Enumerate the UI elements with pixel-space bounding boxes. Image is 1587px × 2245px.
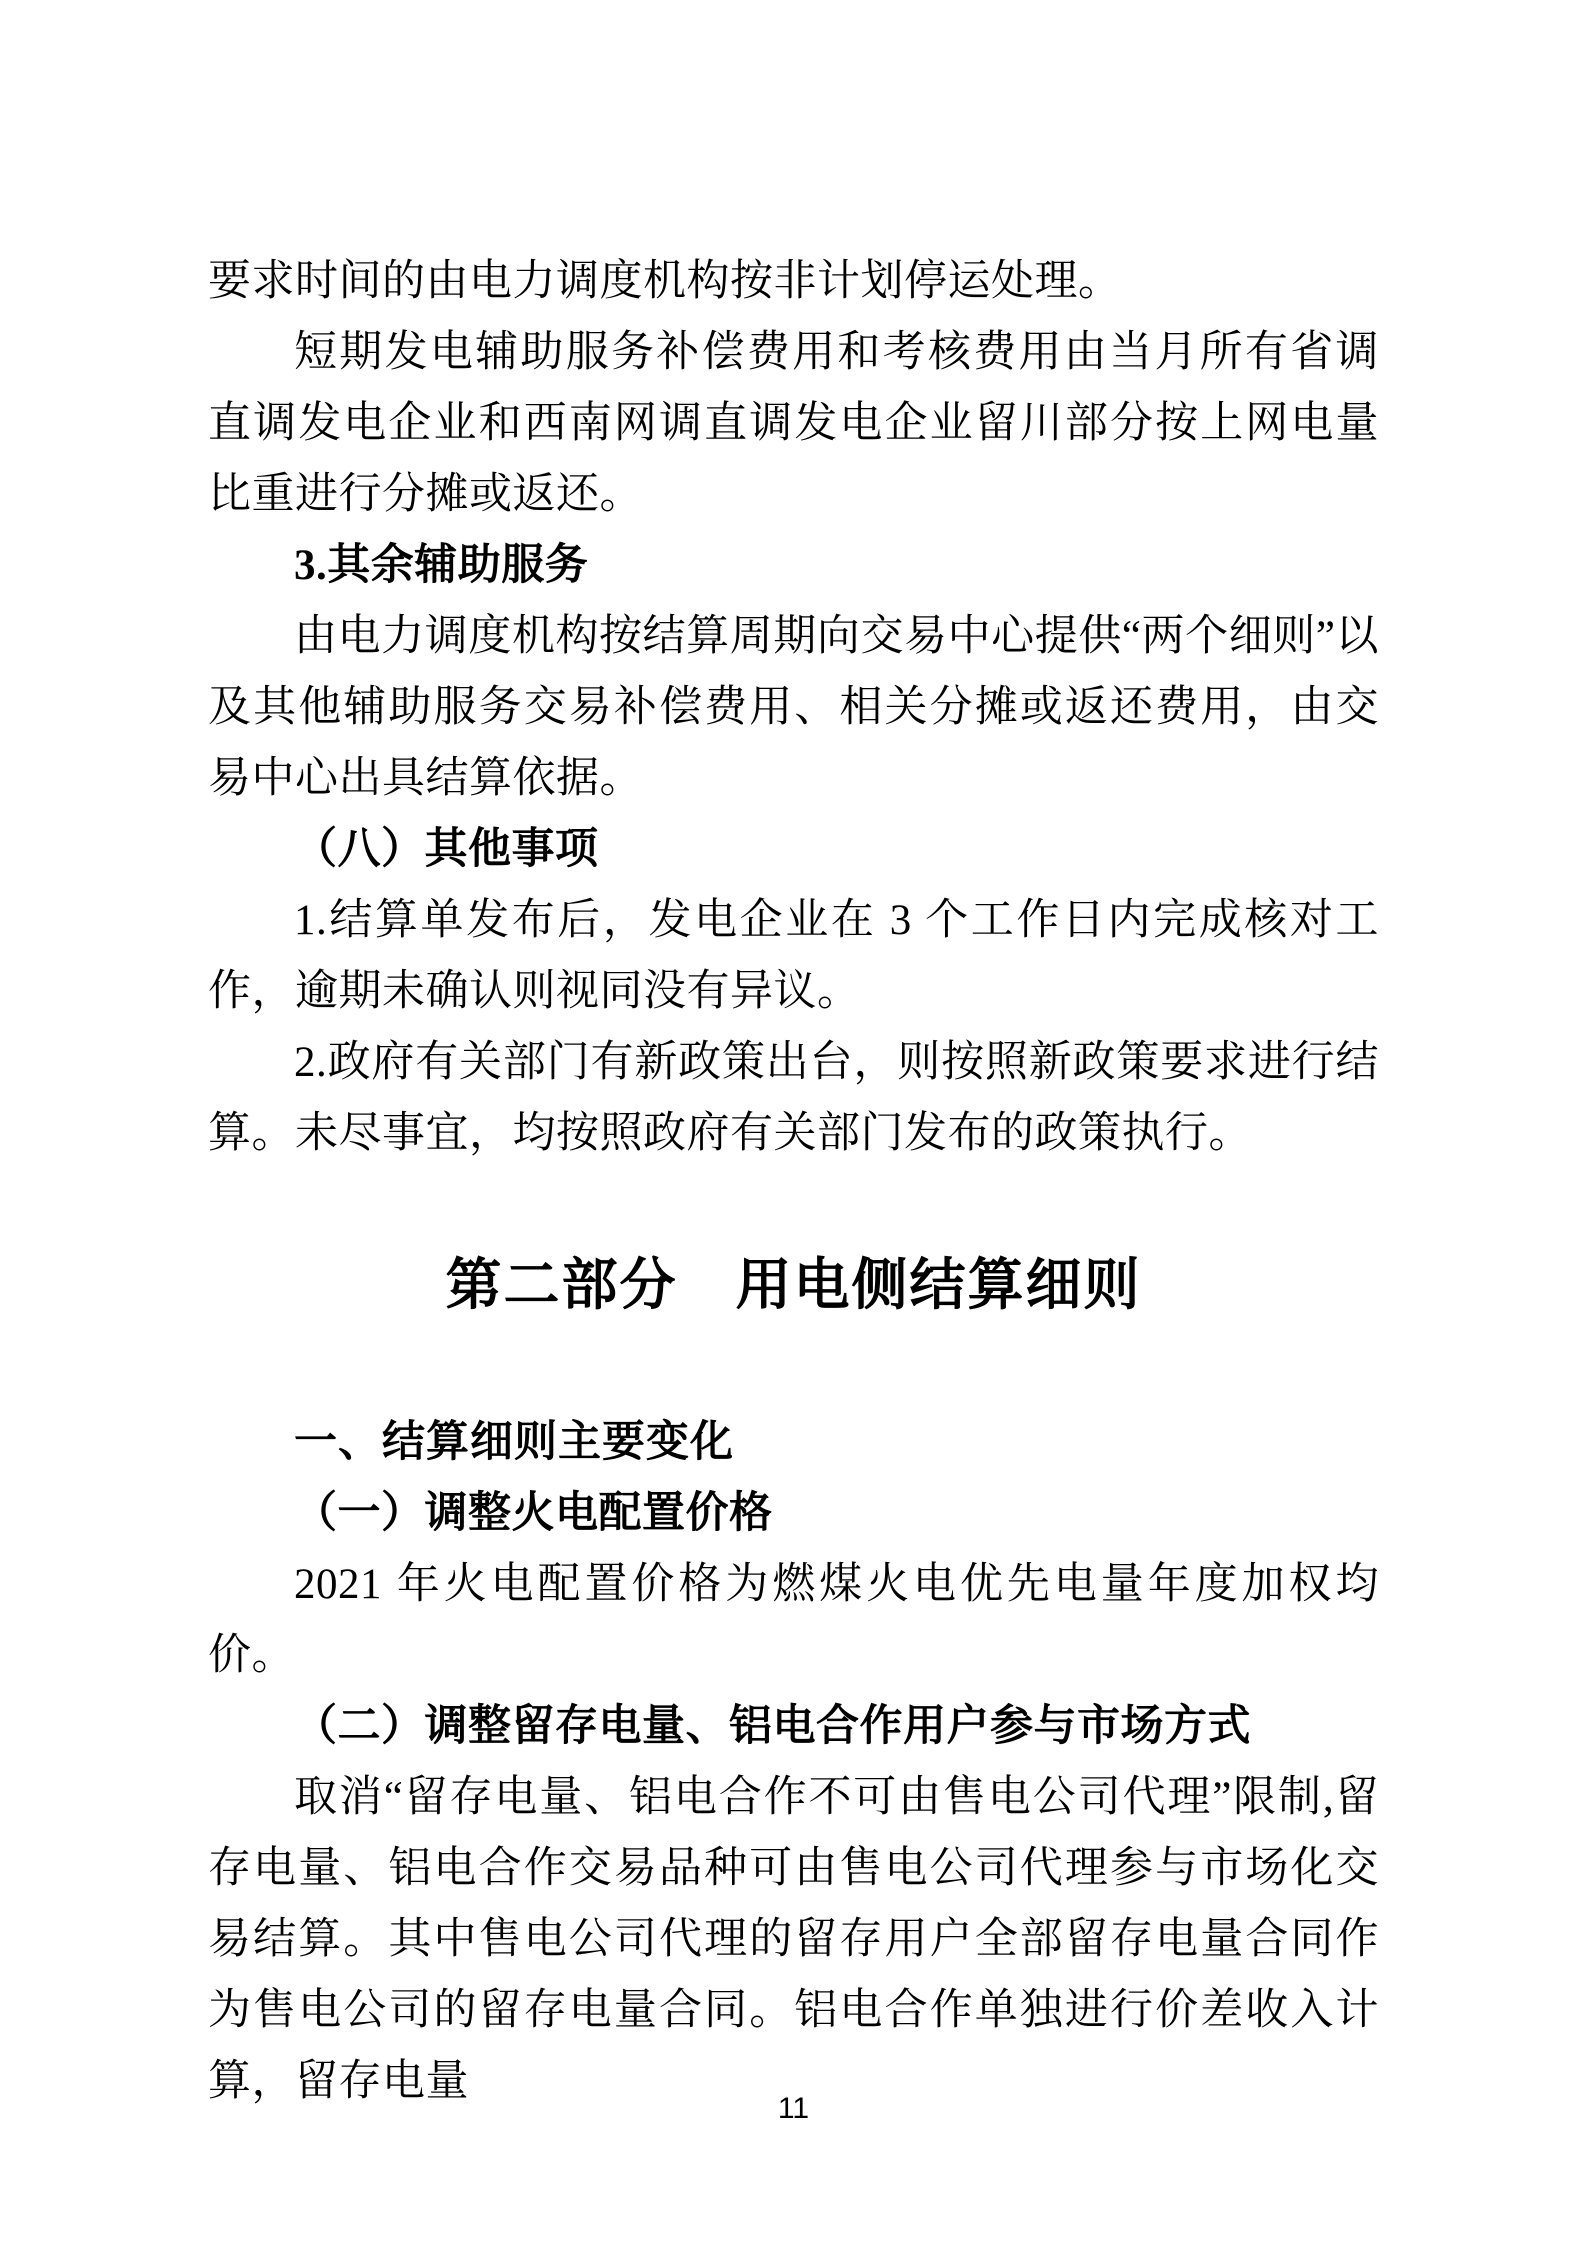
paragraph-item-2-new-policy: 2.政府有关部门有新政策出台，则按照新政策要求进行结算。未尽事宜，均按照政府有关… [208, 1027, 1379, 1169]
part-two-title: 第二部分 用电侧结算细则 [208, 1249, 1379, 1321]
heading-other-ancillary-services: 3.其余辅助服务 [208, 530, 1379, 601]
page-content: 要求时间的由电力调度机构按非计划停运处理。 短期发电辅助服务补偿费用和考核费用由… [208, 246, 1379, 2117]
paragraph-thermal-price-2021: 2021 年火电配置价格为燃煤火电优先电量年度加权均价。 [208, 1549, 1379, 1691]
page-number: 11 [0, 2092, 1587, 2126]
paragraph-two-rules-settlement-basis: 由电力调度机构按结算周期向交易中心提供“两个细则”以及其他辅助服务交易补偿费用、… [208, 601, 1379, 814]
document-page: 要求时间的由电力调度机构按非计划停运处理。 短期发电辅助服务补偿费用和考核费用由… [0, 0, 1587, 2245]
paragraph-carryover-unplanned-shutdown: 要求时间的由电力调度机构按非计划停运处理。 [208, 246, 1379, 317]
heading-adjust-thermal-price: （一）调整火电配置价格 [208, 1478, 1379, 1549]
paragraph-item-1-settlement-check: 1.结算单发布后，发电企业在 3 个工作日内完成核对工作，逾期未确认则视同没有异… [208, 885, 1379, 1027]
heading-adjust-retained-power-aluminum: （二）调整留存电量、铝电合作用户参与市场方式 [208, 1691, 1379, 1762]
paragraph-retained-power-agency: 取消“留存电量、铝电合作不可由售电公司代理”限制,留存电量、铝电合作交易品种可由… [208, 1762, 1379, 2117]
paragraph-short-term-ancillary-costs: 短期发电辅助服务补偿费用和考核费用由当月所有省调直调发电企业和西南网调直调发电企… [208, 317, 1379, 530]
heading-main-changes: 一、结算细则主要变化 [208, 1407, 1379, 1478]
heading-other-matters: （八）其他事项 [208, 814, 1379, 885]
